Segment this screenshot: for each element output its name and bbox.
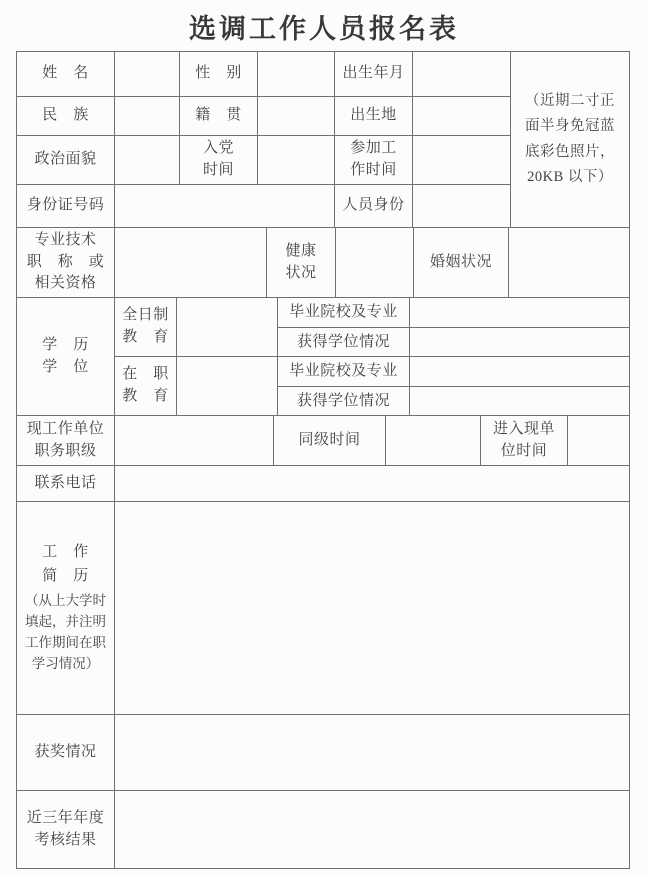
work-history-label-cell: 工 作 简 历 （从上大学时 填起，并注明 工作期间在职 学习情况） bbox=[17, 502, 115, 714]
inservice-school-major-value-cell bbox=[410, 357, 629, 386]
party-join-time-label: 入党 时间 bbox=[180, 136, 258, 184]
current-unit-label: 现工作单位 职务职级 bbox=[17, 416, 115, 465]
inservice-degree-row: 获得学位情况 bbox=[278, 387, 629, 416]
inservice-education-label: 在 职 教 育 bbox=[115, 357, 177, 415]
political-status-value-cell bbox=[115, 136, 180, 184]
same-rank-time-label: 同级时间 bbox=[274, 416, 386, 465]
work-start-time-value-cell bbox=[413, 136, 510, 184]
health-value-cell bbox=[336, 228, 414, 297]
political-status-label: 政治面貌 bbox=[17, 136, 115, 184]
inservice-degree-value-cell bbox=[410, 387, 629, 416]
ethnicity-value-cell bbox=[115, 97, 180, 135]
work-history-value-cell bbox=[115, 502, 629, 714]
marital-status-value-cell bbox=[509, 228, 629, 297]
inservice-school-major-label: 毕业院校及专业 bbox=[278, 357, 410, 386]
work-start-time-label: 参加工 作时间 bbox=[335, 136, 413, 184]
inservice-school-row: 毕业院校及专业 bbox=[278, 357, 629, 387]
row-political-party-workstart: 政治面貌 入党 时间 参加工 作时间 bbox=[17, 136, 510, 185]
ethnicity-label: 民 族 bbox=[17, 97, 115, 135]
row-current-unit: 现工作单位 职务职级 同级时间 进入现单 位时间 bbox=[17, 416, 629, 466]
birth-date-value-cell bbox=[413, 52, 510, 96]
party-join-time-value-cell bbox=[258, 136, 335, 184]
work-history-label: 工 作 简 历 bbox=[42, 541, 89, 588]
name-value-cell bbox=[115, 52, 180, 96]
row-work-history: 工 作 简 历 （从上大学时 填起，并注明 工作期间在职 学习情况） bbox=[17, 502, 629, 715]
row-awards: 获奖情况 bbox=[17, 715, 629, 791]
gender-label: 性 别 bbox=[180, 52, 258, 96]
marital-status-label: 婚姻状况 bbox=[414, 228, 509, 297]
section-education: 学 历 学 位 全日制 教 育 毕业院校及专业 获得学位情况 bbox=[17, 298, 629, 416]
education-fulltime-block: 全日制 教 育 毕业院校及专业 获得学位情况 bbox=[115, 298, 629, 357]
birth-place-label: 出生地 bbox=[335, 97, 413, 135]
basic-left-block: 姓 名 性 别 出生年月 民 族 籍 贯 出生地 政治面貌 bbox=[17, 52, 510, 227]
education-inservice-block: 在 职 教 育 毕业院校及专业 获得学位情况 bbox=[115, 357, 629, 415]
fulltime-education-label: 全日制 教 育 bbox=[115, 298, 177, 356]
row-contact-phone: 联系电话 bbox=[17, 466, 629, 502]
personnel-identity-value-cell bbox=[413, 185, 510, 227]
fulltime-school-major-label: 毕业院校及专业 bbox=[278, 298, 410, 327]
scanned-form-page: 选调工作人员报名表 姓 名 性 别 出生年月 民 族 籍 贯 出生地 bbox=[0, 0, 648, 877]
education-right-block: 全日制 教 育 毕业院校及专业 获得学位情况 在 职 教 bbox=[115, 298, 629, 415]
annual-assessment-label: 近三年年度 考核结果 bbox=[17, 791, 115, 868]
enter-unit-time-label: 进入现单 位时间 bbox=[481, 416, 568, 465]
section-basic: 姓 名 性 别 出生年月 民 族 籍 贯 出生地 政治面貌 bbox=[17, 52, 629, 228]
awards-value-cell bbox=[115, 715, 629, 790]
same-rank-time-value-cell bbox=[386, 416, 481, 465]
enter-unit-time-value-cell bbox=[568, 416, 629, 465]
birth-date-label: 出生年月 bbox=[335, 52, 413, 96]
row-annual-assessment: 近三年年度 考核结果 bbox=[17, 791, 629, 868]
inservice-level-cell bbox=[177, 357, 278, 415]
fulltime-degree-row: 获得学位情况 bbox=[278, 328, 629, 357]
form-title: 选调工作人员报名表 bbox=[0, 7, 648, 46]
awards-label: 获奖情况 bbox=[17, 715, 115, 790]
id-number-label: 身份证号码 bbox=[17, 185, 115, 227]
contact-phone-value-cell bbox=[115, 466, 629, 501]
current-unit-value-cell bbox=[115, 416, 274, 465]
native-place-label: 籍 贯 bbox=[180, 97, 258, 135]
fulltime-level-cell bbox=[177, 298, 278, 356]
professional-title-value-cell bbox=[115, 228, 267, 297]
fulltime-degree-value-cell bbox=[410, 328, 629, 357]
photo-box: （近期二寸正 面半身免冠蓝 底彩色照片， 20KB 以下） bbox=[510, 52, 629, 227]
row-name-gender-birthdate: 姓 名 性 别 出生年月 bbox=[17, 52, 510, 97]
personnel-identity-label: 人员身份 bbox=[335, 185, 413, 227]
fulltime-school-row: 毕业院校及专业 bbox=[278, 298, 629, 328]
work-history-note: （从上大学时 填起，并注明 工作期间在职 学习情况） bbox=[25, 591, 106, 675]
name-label: 姓 名 bbox=[17, 52, 115, 96]
application-form-table: 姓 名 性 别 出生年月 民 族 籍 贯 出生地 政治面貌 bbox=[16, 51, 630, 869]
health-label: 健康 状况 bbox=[267, 228, 336, 297]
row-ethnicity-nativeplace-birthplace: 民 族 籍 贯 出生地 bbox=[17, 97, 510, 136]
fulltime-degree-label: 获得学位情况 bbox=[278, 328, 410, 357]
birth-place-value-cell bbox=[413, 97, 510, 135]
row-professional-health-marital: 专业技术 职 称 或 相关资格 健康 状况 婚姻状况 bbox=[17, 228, 629, 298]
fulltime-detail-block: 毕业院校及专业 获得学位情况 bbox=[278, 298, 629, 356]
gender-value-cell bbox=[258, 52, 335, 96]
inservice-detail-block: 毕业院校及专业 获得学位情况 bbox=[278, 357, 629, 415]
inservice-degree-label: 获得学位情况 bbox=[278, 387, 410, 416]
education-label: 学 历 学 位 bbox=[17, 298, 115, 415]
fulltime-school-major-value-cell bbox=[410, 298, 629, 327]
native-place-value-cell bbox=[258, 97, 335, 135]
id-number-value-cell bbox=[115, 185, 335, 227]
contact-phone-label: 联系电话 bbox=[17, 466, 115, 501]
row-idnumber-identity: 身份证号码 人员身份 bbox=[17, 185, 510, 227]
annual-assessment-value-cell bbox=[115, 791, 629, 868]
professional-title-label: 专业技术 职 称 或 相关资格 bbox=[17, 228, 115, 297]
